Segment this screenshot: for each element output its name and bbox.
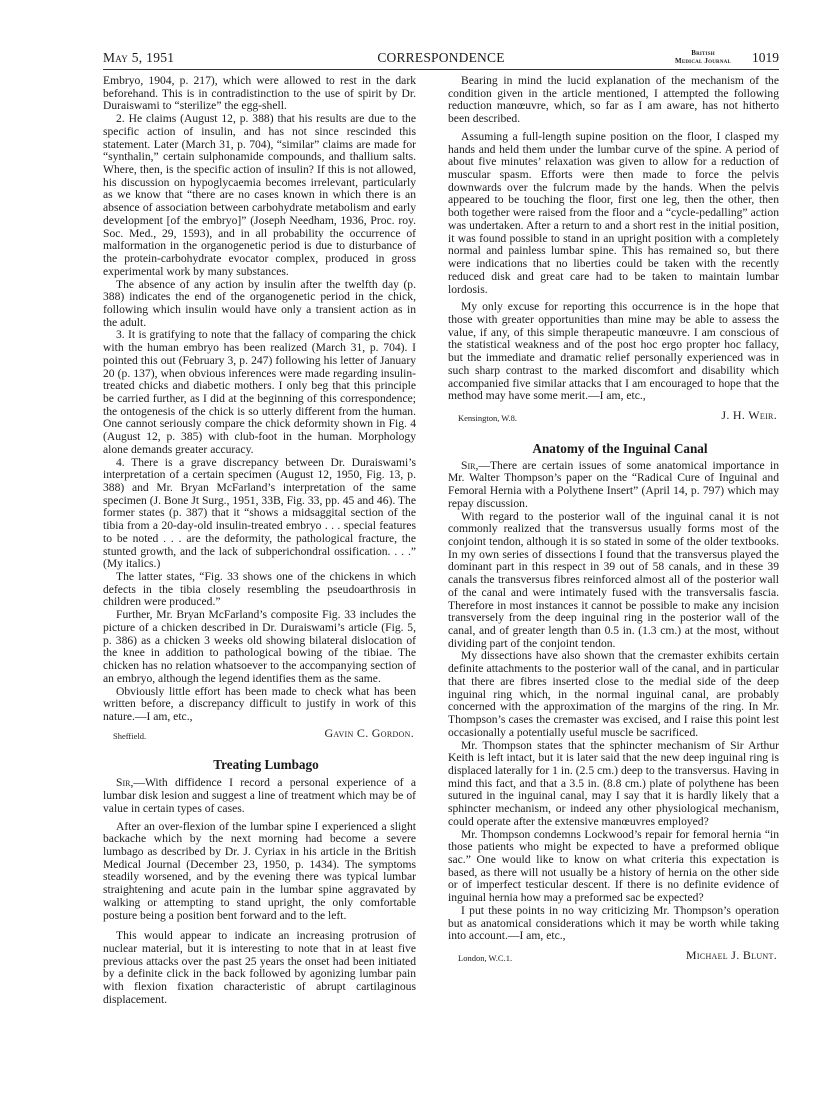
paragraph: The absence of any action by insulin aft… <box>103 279 416 330</box>
paragraph: The latter states, “Fig. 33 shows one of… <box>103 571 416 609</box>
signature-block: Sheffield. Gavin C. Gordon. <box>103 727 416 743</box>
signature-place: London, W.C.1. <box>458 952 512 965</box>
paragraph: Obviously little effort has been made to… <box>103 686 416 724</box>
paragraph: I put these points in no way criticizing… <box>448 905 779 943</box>
paragraph: Bearing in mind the lucid explanation of… <box>448 75 779 126</box>
paragraph: 3. It is gratifying to note that the fal… <box>103 329 416 456</box>
letter-inguinal: Anatomy of the Inguinal Canal Sir,—There… <box>448 443 779 965</box>
letter-lumbago: Treating Lumbago Sir,—With diffidence I … <box>103 759 416 1007</box>
signature-place: Kensington, W.8. <box>458 412 517 425</box>
left-column: Embryo, 1904, p. 217), which were allowe… <box>103 75 416 1007</box>
signature-place: Sheffield. <box>113 730 146 743</box>
paragraph: This would appear to indicate an increas… <box>103 930 416 1006</box>
signature-name: J. H. Weir. <box>721 409 777 422</box>
paragraph: My dissections have also shown that the … <box>448 650 779 739</box>
letter-gordon: Embryo, 1904, p. 217), which were allowe… <box>103 75 416 743</box>
paragraph: Assuming a full-length supine position o… <box>448 131 779 296</box>
paragraph: 4. There is a grave discrepancy between … <box>103 457 416 571</box>
paragraph: Mr. Thompson condemns Lockwood’s repair … <box>448 829 779 905</box>
paragraph: Further, Mr. Bryan McFarland’s composite… <box>103 609 416 685</box>
paragraph: My only excuse for reporting this occurr… <box>448 301 779 403</box>
signature-block: Kensington, W.8. J. H. Weir. <box>448 409 779 425</box>
letter-lumbago-continued: Bearing in mind the lucid explanation of… <box>448 75 779 425</box>
paragraph: Mr. Thompson states that the sphincter m… <box>448 740 779 829</box>
paragraph: 2. He claims (August 12, p. 388) that hi… <box>103 113 416 278</box>
signature-block: London, W.C.1. Michael J. Blunt. <box>448 949 779 965</box>
article-heading: Treating Lumbago <box>103 759 416 772</box>
page-number: 1019 <box>752 50 779 66</box>
article-heading: Anatomy of the Inguinal Canal <box>448 443 779 456</box>
signature-name: Michael J. Blunt. <box>686 949 777 962</box>
paragraph: After an over-flexion of the lumbar spin… <box>103 821 416 923</box>
header-rule <box>103 69 779 70</box>
journal-name: British Medical Journal <box>675 49 731 65</box>
running-header: May 5, 1951 CORRESPONDENCE British Medic… <box>103 48 779 68</box>
paragraph: Sir,—With diffidence I record a personal… <box>103 777 416 815</box>
signature-name: Gavin C. Gordon. <box>324 727 414 740</box>
paragraph: Embryo, 1904, p. 217), which were allowe… <box>103 75 416 113</box>
paragraph: Sir,—There are certain issues of some an… <box>448 460 779 511</box>
paragraph: With regard to the posterior wall of the… <box>448 511 779 651</box>
right-column: Bearing in mind the lucid explanation of… <box>448 75 779 965</box>
